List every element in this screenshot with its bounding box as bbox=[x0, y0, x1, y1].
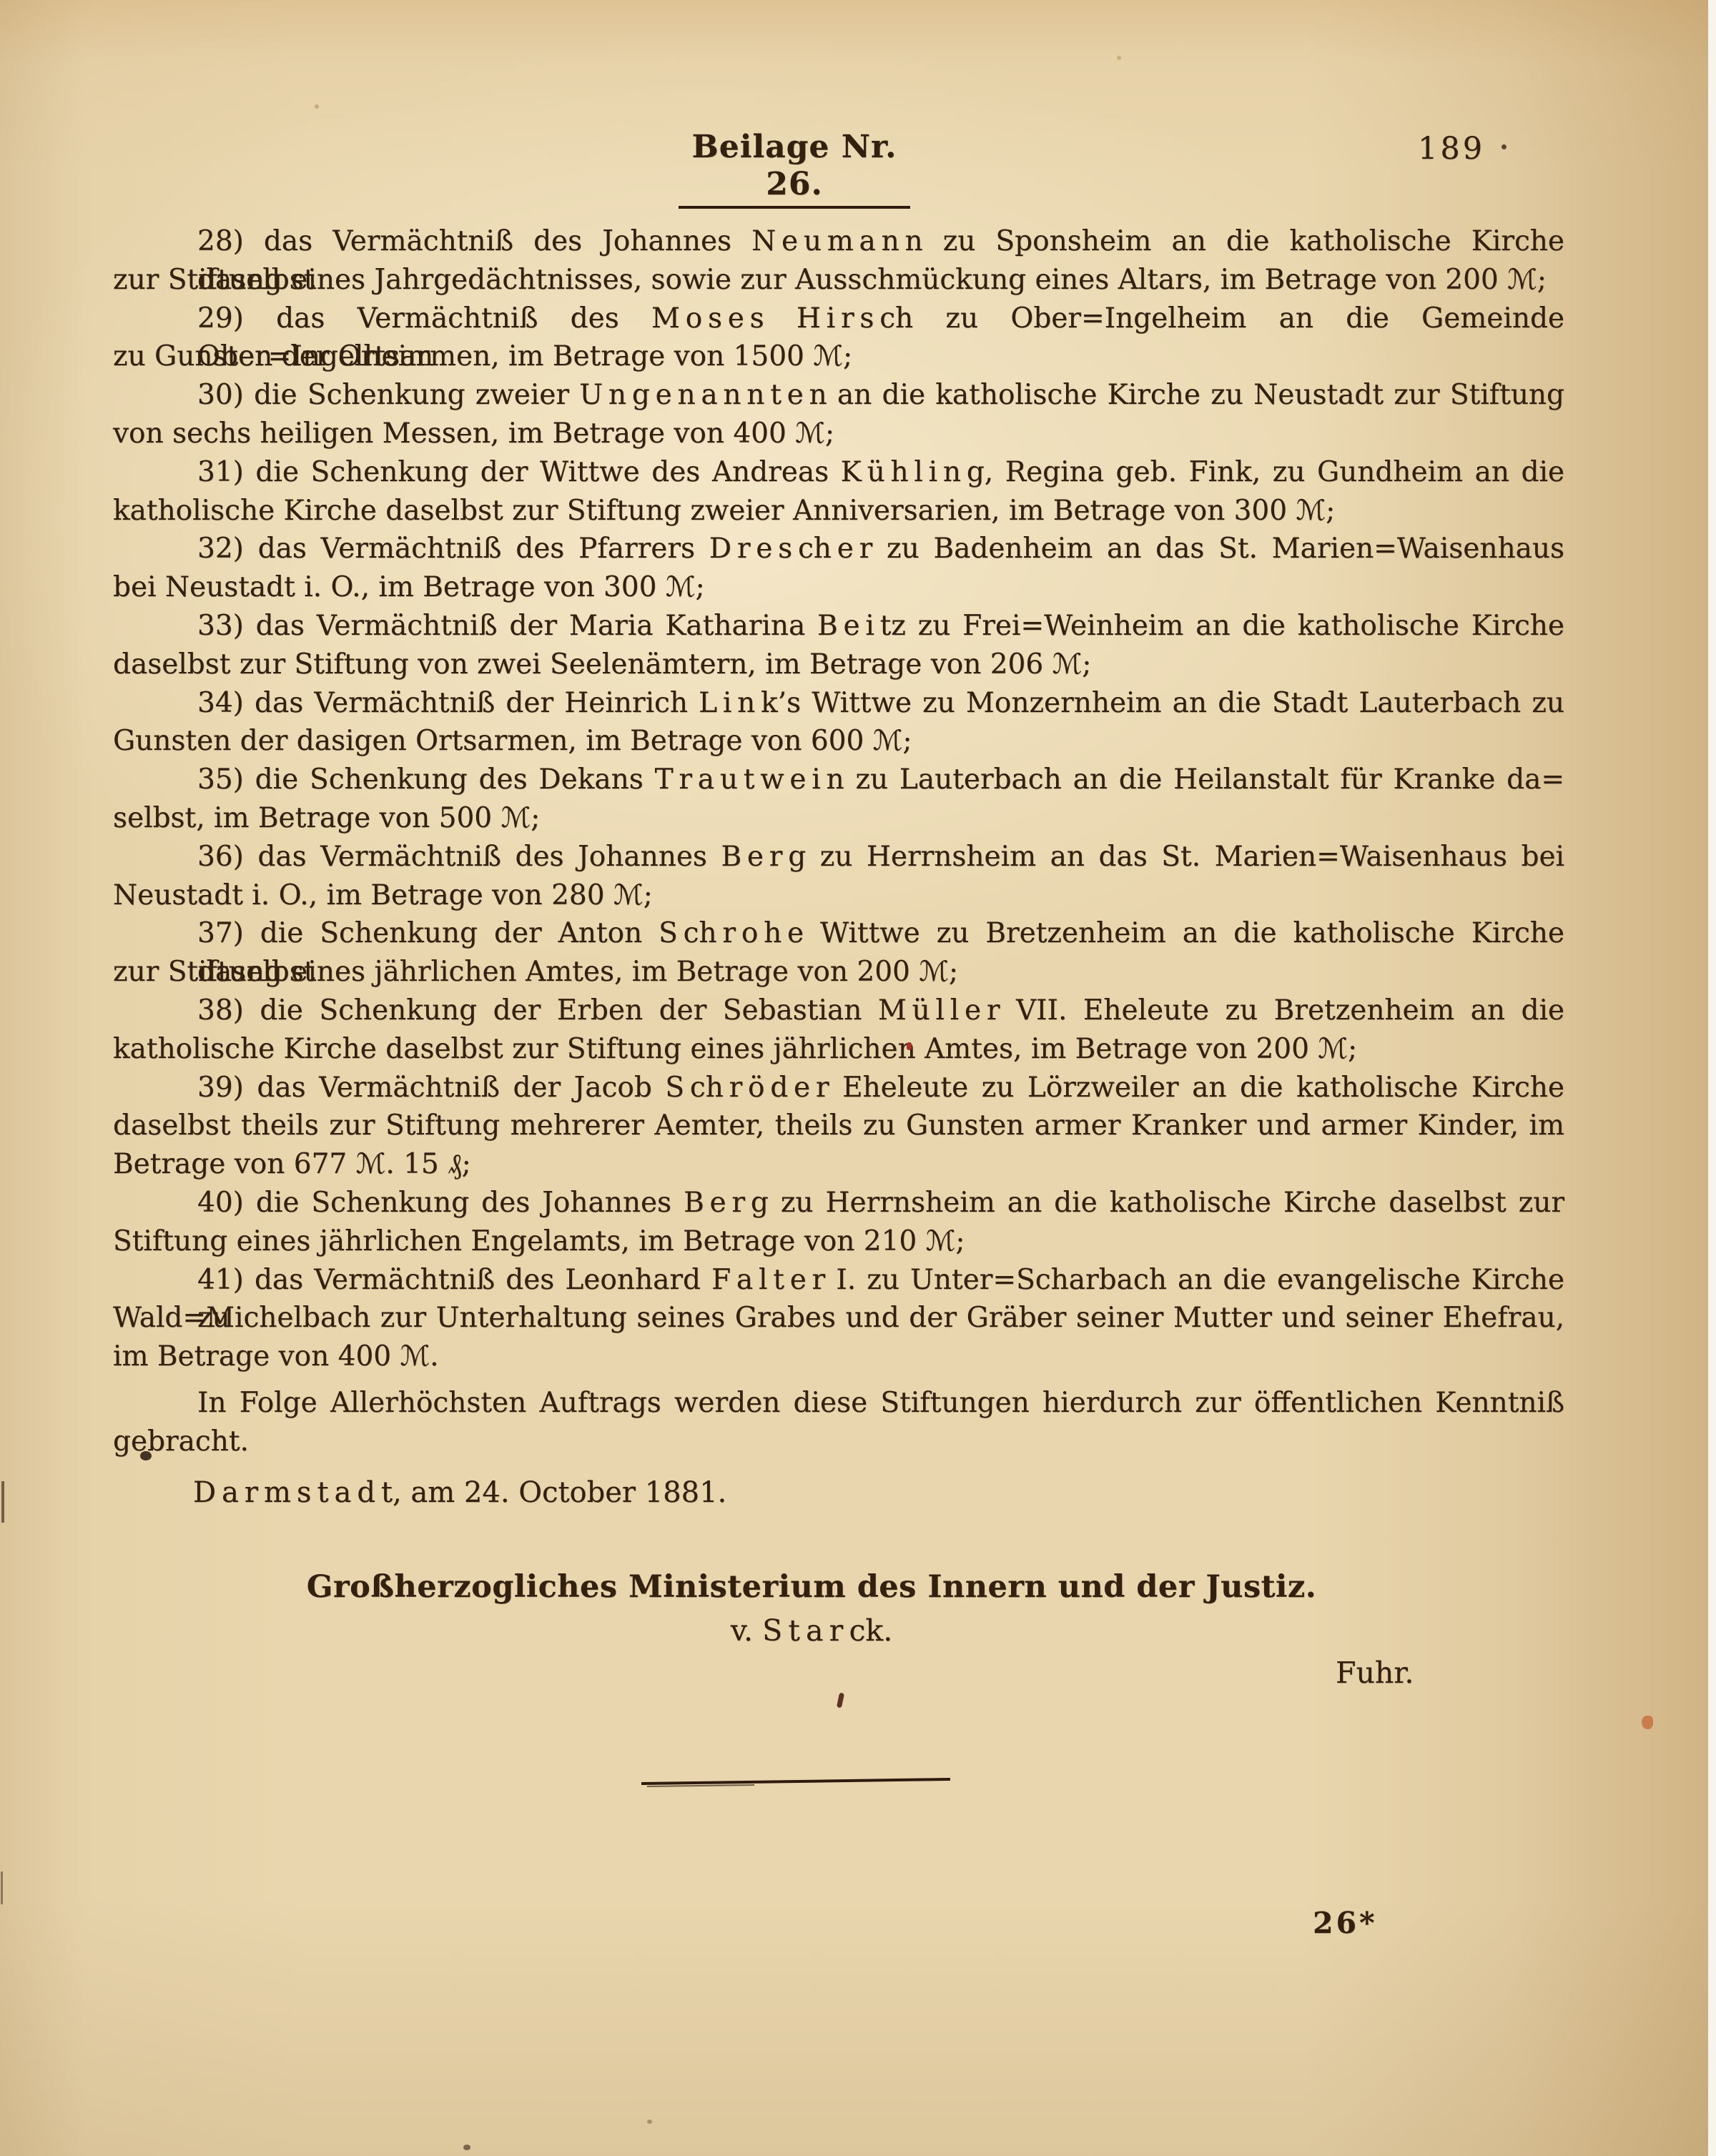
text-line: 37) die Schenkung der Anton S ch r o h e… bbox=[113, 914, 1564, 953]
ink-speck bbox=[1501, 144, 1507, 149]
text-line: 41) das Vermächtniß des Leonhard F a l t… bbox=[113, 1261, 1564, 1300]
page-number: 189 bbox=[1418, 132, 1485, 166]
text-line: 29) das Vermächtniß des M o s e s H i r … bbox=[113, 300, 1564, 338]
signature-block: Großherzogliches Ministerium des Innern … bbox=[86, 1568, 1537, 1648]
text-line: von sechs heiligen Messen, im Betrage vo… bbox=[113, 415, 1564, 453]
text-line: Betrage von 677 ℳ. 15 ₰; bbox=[113, 1145, 1564, 1184]
text-line: bei Neustadt i. O., im Betrage von 300 ℳ… bbox=[113, 568, 1564, 607]
body-text: 28) das Vermächtniß des Johannes N e u m… bbox=[113, 222, 1564, 1376]
text-line: zur Stiftung eines Jahrgedächtnisses, so… bbox=[113, 261, 1564, 300]
paper-mottling bbox=[1117, 56, 1121, 60]
text-line: 32) das Vermächtniß des Pfarrers D r e s… bbox=[113, 530, 1564, 568]
document-page: Beilage Nr. 26. 189 28) das Vermächtniß … bbox=[0, 0, 1716, 2156]
minister-name: v. S t a r ck. bbox=[86, 1613, 1537, 1648]
text-line: zur Stiftung eines jährlichen Amtes, im … bbox=[113, 953, 1564, 992]
text-line: katholische Kirche daselbst zur Stiftung… bbox=[113, 1030, 1564, 1069]
text-line: Stiftung eines jährlichen Engelamts, im … bbox=[113, 1222, 1564, 1261]
text-line: 33) das Vermächtniß der Maria Katharina … bbox=[113, 607, 1564, 646]
text-line: 31) die Schenkung der Wittwe des Andreas… bbox=[113, 453, 1564, 492]
scan-edge-strip bbox=[1708, 0, 1716, 2156]
text-line: daselbst zur Stiftung von zwei Seelenämt… bbox=[113, 646, 1564, 684]
scan-artifact bbox=[1, 1871, 3, 1904]
ink-speck bbox=[907, 1042, 912, 1050]
text-line: 28) das Vermächtniß des Johannes N e u m… bbox=[113, 222, 1564, 261]
page-header-title: Beilage Nr. 26. bbox=[679, 129, 910, 209]
paper-stain bbox=[1642, 1716, 1653, 1729]
text-line: 39) das Vermächtniß der Jacob S ch r ö d… bbox=[113, 1069, 1564, 1107]
text-line: 40) die Schenkung des Johannes B e r g z… bbox=[113, 1184, 1564, 1222]
text-line: gebracht. bbox=[113, 1423, 1564, 1461]
ministry-signature: Großherzogliches Ministerium des Innern … bbox=[86, 1568, 1537, 1606]
ink-speck bbox=[837, 1693, 844, 1709]
text-line: 35) die Schenkung des Dekans T r a u t w… bbox=[113, 761, 1564, 799]
closing-paragraph: In Folge Allerhöchsten Auftrags werden d… bbox=[113, 1384, 1564, 1461]
text-line: Neustadt i. O., im Betrage von 280 ℳ; bbox=[113, 876, 1564, 915]
section-divider-rule bbox=[641, 1778, 950, 1785]
text-line: Wald=Michelbach zur Unterhaltung seines … bbox=[113, 1299, 1564, 1337]
text-line: selbst, im Betrage von 500 ℳ; bbox=[113, 799, 1564, 838]
text-line: 38) die Schenkung der Erben der Sebastia… bbox=[113, 992, 1564, 1030]
text-line: 36) das Vermächtniß des Johannes B e r g… bbox=[113, 838, 1564, 876]
paper-mottling bbox=[647, 2120, 652, 2124]
sheet-signature-mark: 26* bbox=[1313, 1906, 1378, 1940]
text-line: katholische Kirche daselbst zur Stiftung… bbox=[113, 492, 1564, 530]
countersign-name: Fuhr. bbox=[1336, 1654, 1414, 1691]
text-line: zu Gunsten der Ortsarmen, im Betrage von… bbox=[113, 337, 1564, 376]
dateline: D a r m s t a d t, am 24. October 1881. bbox=[113, 1473, 1644, 1513]
paper-mottling bbox=[315, 104, 319, 109]
text-line: daselbst theils zur Stiftung mehrerer Ae… bbox=[113, 1107, 1564, 1145]
text-line: 30) die Schenkung zweier U n g e n a n n… bbox=[113, 376, 1564, 415]
text-line: In Folge Allerhöchsten Auftrags werden d… bbox=[113, 1384, 1564, 1423]
text-line: Gunsten der dasigen Ortsarmen, im Betrag… bbox=[113, 722, 1564, 761]
ink-blotch bbox=[140, 1451, 152, 1460]
text-line: 34) das Vermächtniß der Heinrich L i n k… bbox=[113, 684, 1564, 723]
scan-artifact bbox=[1, 1481, 4, 1523]
text-line: im Betrage von 400 ℳ. bbox=[113, 1337, 1564, 1376]
ink-speck bbox=[463, 2145, 470, 2150]
